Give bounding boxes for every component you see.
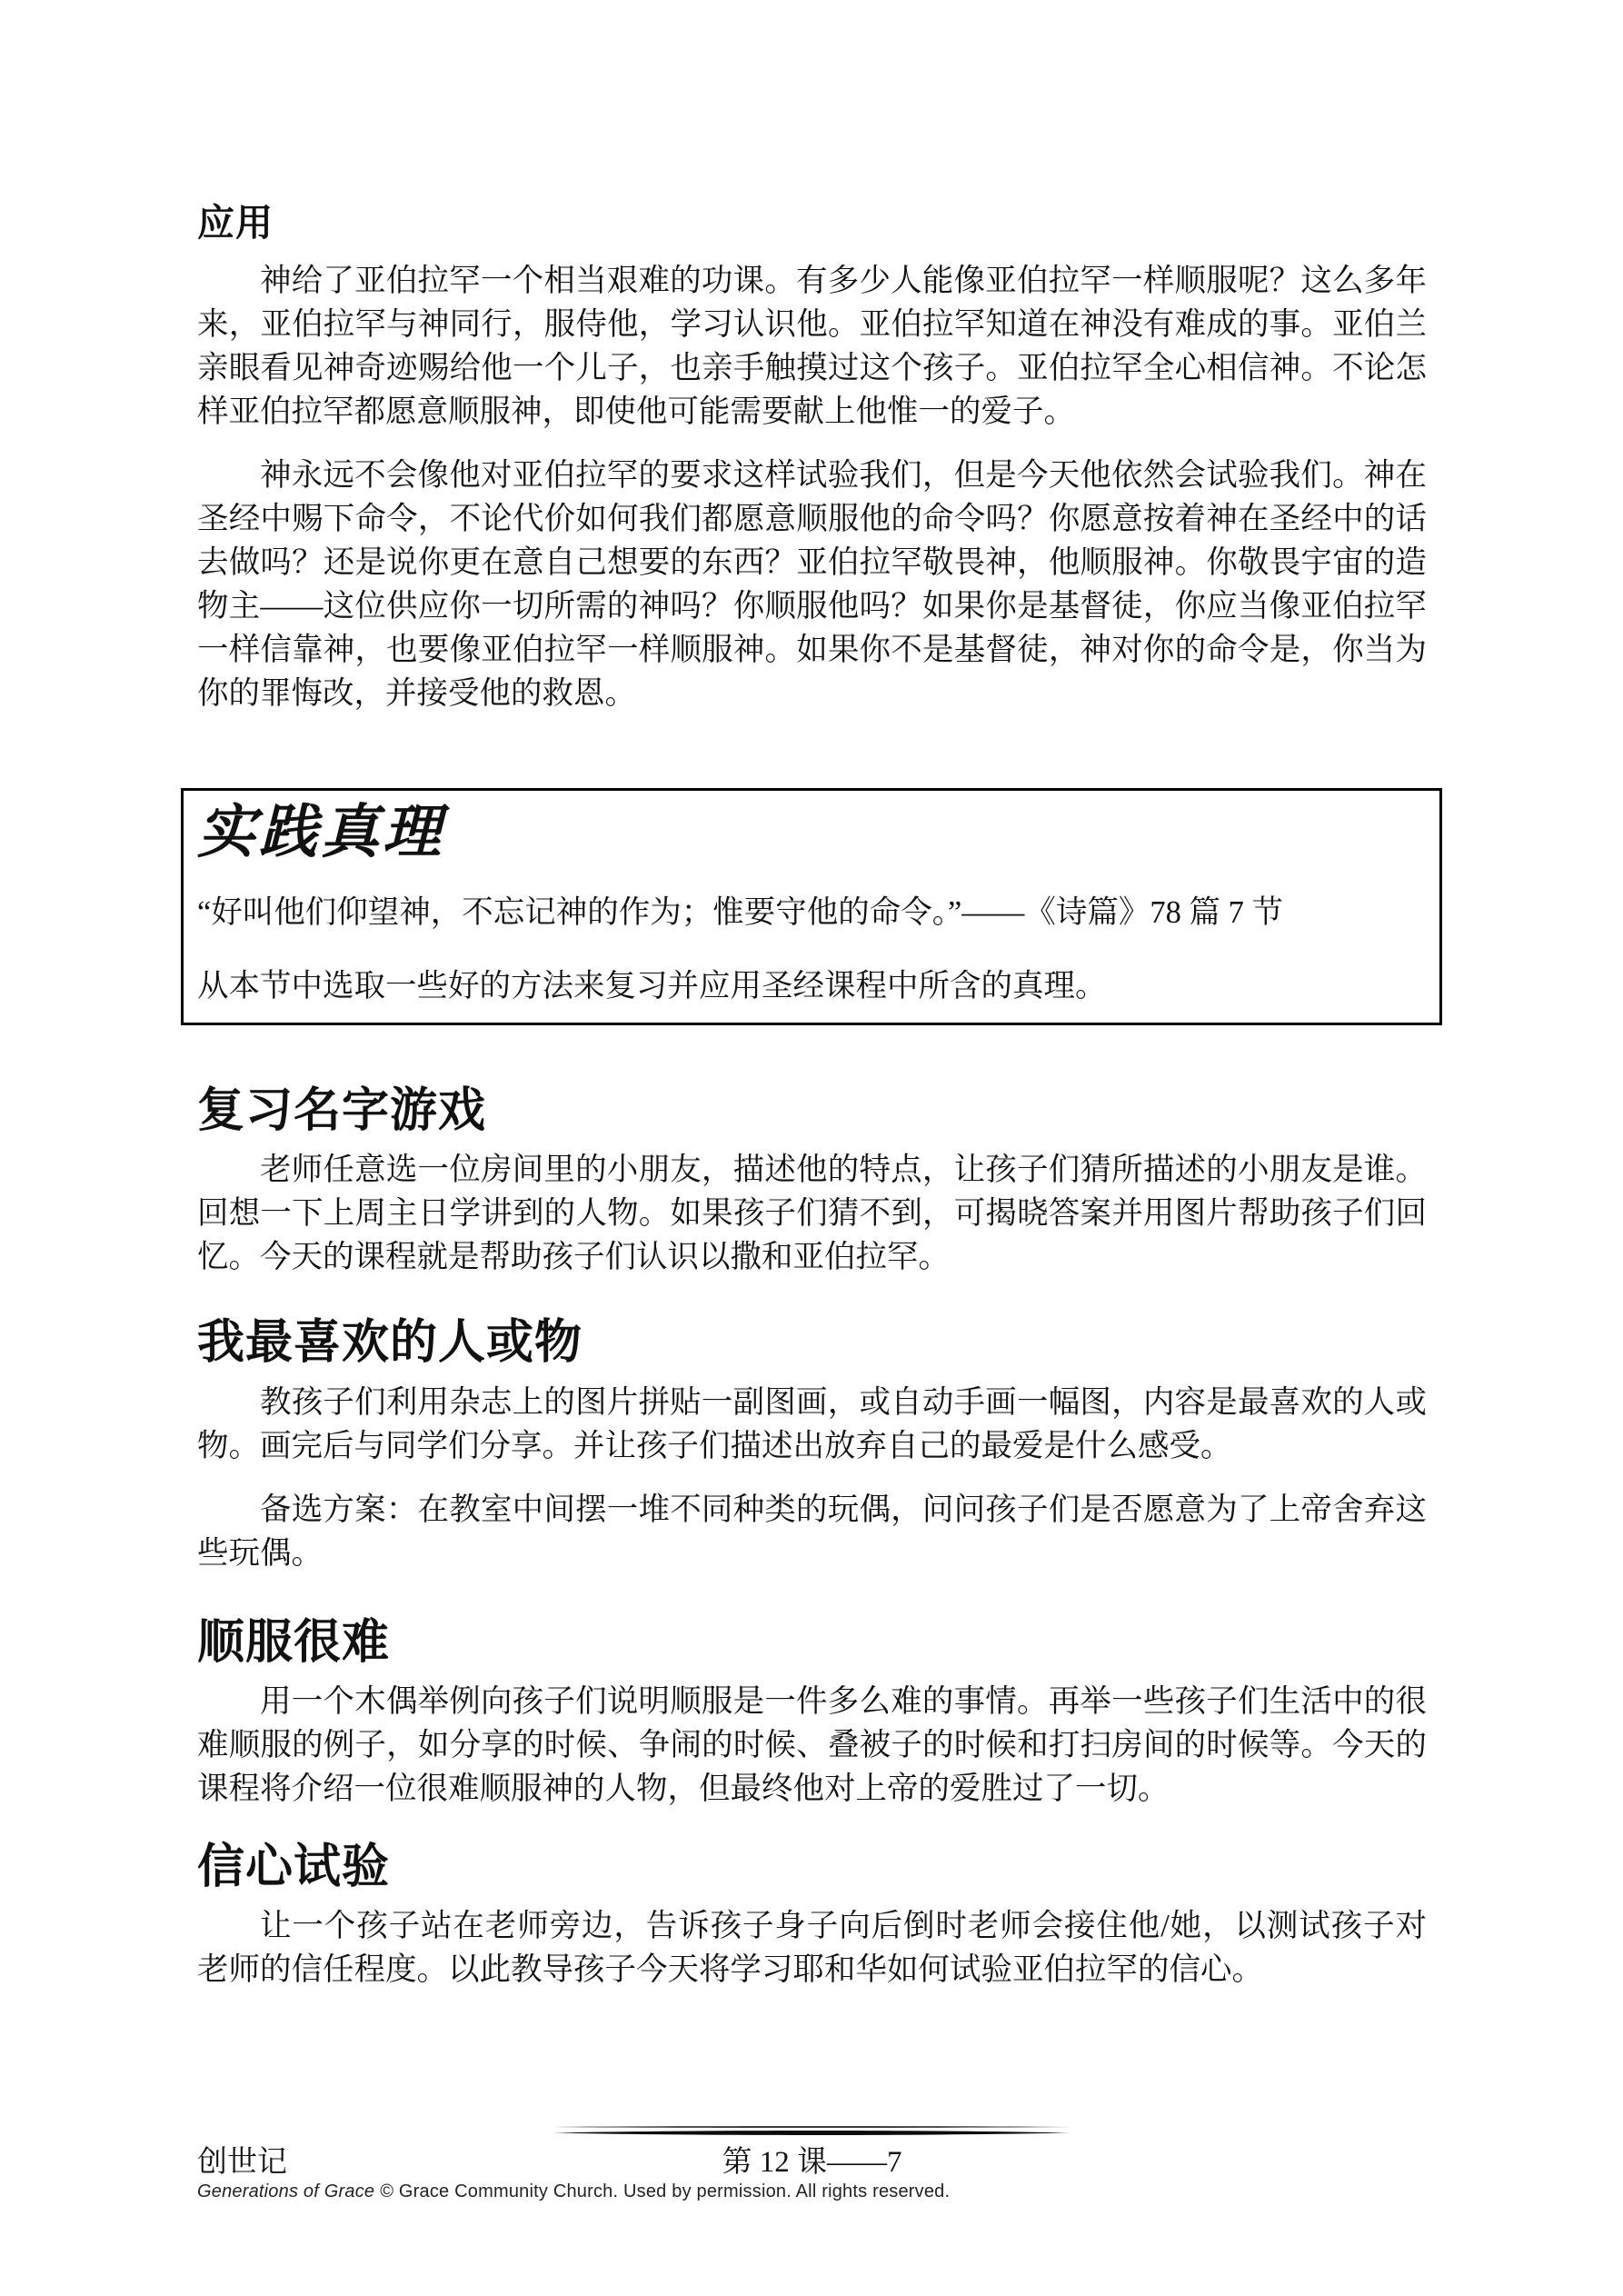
divider-ornament (553, 2123, 1070, 2138)
activity-heading-obedience-hard: 顺服很难 (197, 1615, 1427, 1671)
practice-truth-description: 从本节中选取一些好的方法来复习并应用圣经课程中所含的真理。 (197, 964, 1423, 1008)
activity-paragraph: 让一个孩子站在老师旁边，告诉孩子身子向后倒时老师会接住他/她，以测试孩子对老师的… (197, 1904, 1427, 1992)
application-paragraph: 神给了亚伯拉罕一个相当艰难的功课。有多少人能像亚伯拉罕一样顺服呢？这么多年来，亚… (197, 259, 1427, 434)
activity-heading-favorite-person: 我最喜欢的人或物 (197, 1315, 1427, 1371)
scripture-quote: “好叫他们仰望神，不忘记神的作为；惟要守他的命令。”——《诗篇》78 篇 7 节 (197, 891, 1423, 934)
activity-paragraph: 教孩子们利用杂志上的图片拼贴一副图画，或自动手画一幅图，内容是最喜欢的人或物。画… (197, 1381, 1427, 1468)
activity-heading-review-name-game: 复习名字游戏 (197, 1083, 1427, 1139)
lesson-page: 应用 神给了亚伯拉罕一个相当艰难的功课。有多少人能像亚伯拉罕一样顺服呢？这么多年… (0, 0, 1623, 2296)
footer-divider-rule (553, 2123, 1070, 2138)
attribution-copyright-text: © Grace Community Church. Used by permis… (380, 2181, 950, 2201)
activity-paragraph: 用一个木偶举例向孩子们说明顺服是一件多么难的事情。再举一些孩子们生活中的很难顺服… (197, 1680, 1427, 1811)
activity-paragraph: 备选方案：在教室中间摆一堆不同种类的玩偶，问问孩子们是否愿意为了上帝舍弃这些玩偶… (197, 1488, 1427, 1575)
practice-truth-box: 实践真理 “好叫他们仰望神，不忘记神的作为；惟要守他的命令。”——《诗篇》78 … (181, 788, 1442, 1025)
copyright-attribution: Generations of Grace© Grace Community Ch… (197, 2181, 950, 2202)
activity-paragraph: 老师任意选一位房间里的小朋友，描述他的特点，让孩子们猜所描述的小朋友是谁。回想一… (197, 1148, 1427, 1279)
page-content: 应用 神给了亚伯拉罕一个相当艰难的功课。有多少人能像亚伯拉罕一样顺服呢？这么多年… (197, 202, 1427, 1992)
footer-page-number: 第 12 课——7 (197, 2145, 1427, 2181)
application-paragraph: 神永远不会像他对亚伯拉罕的要求这样试验我们，但是今天他依然会试验我们。神在圣经中… (197, 454, 1427, 715)
activity-heading-faith-test: 信心试验 (197, 1840, 1427, 1895)
practice-truth-title: 实践真理 (197, 800, 1423, 865)
attribution-series-title: Generations of Grace (197, 2181, 374, 2201)
application-section-heading: 应用 (197, 202, 1427, 245)
